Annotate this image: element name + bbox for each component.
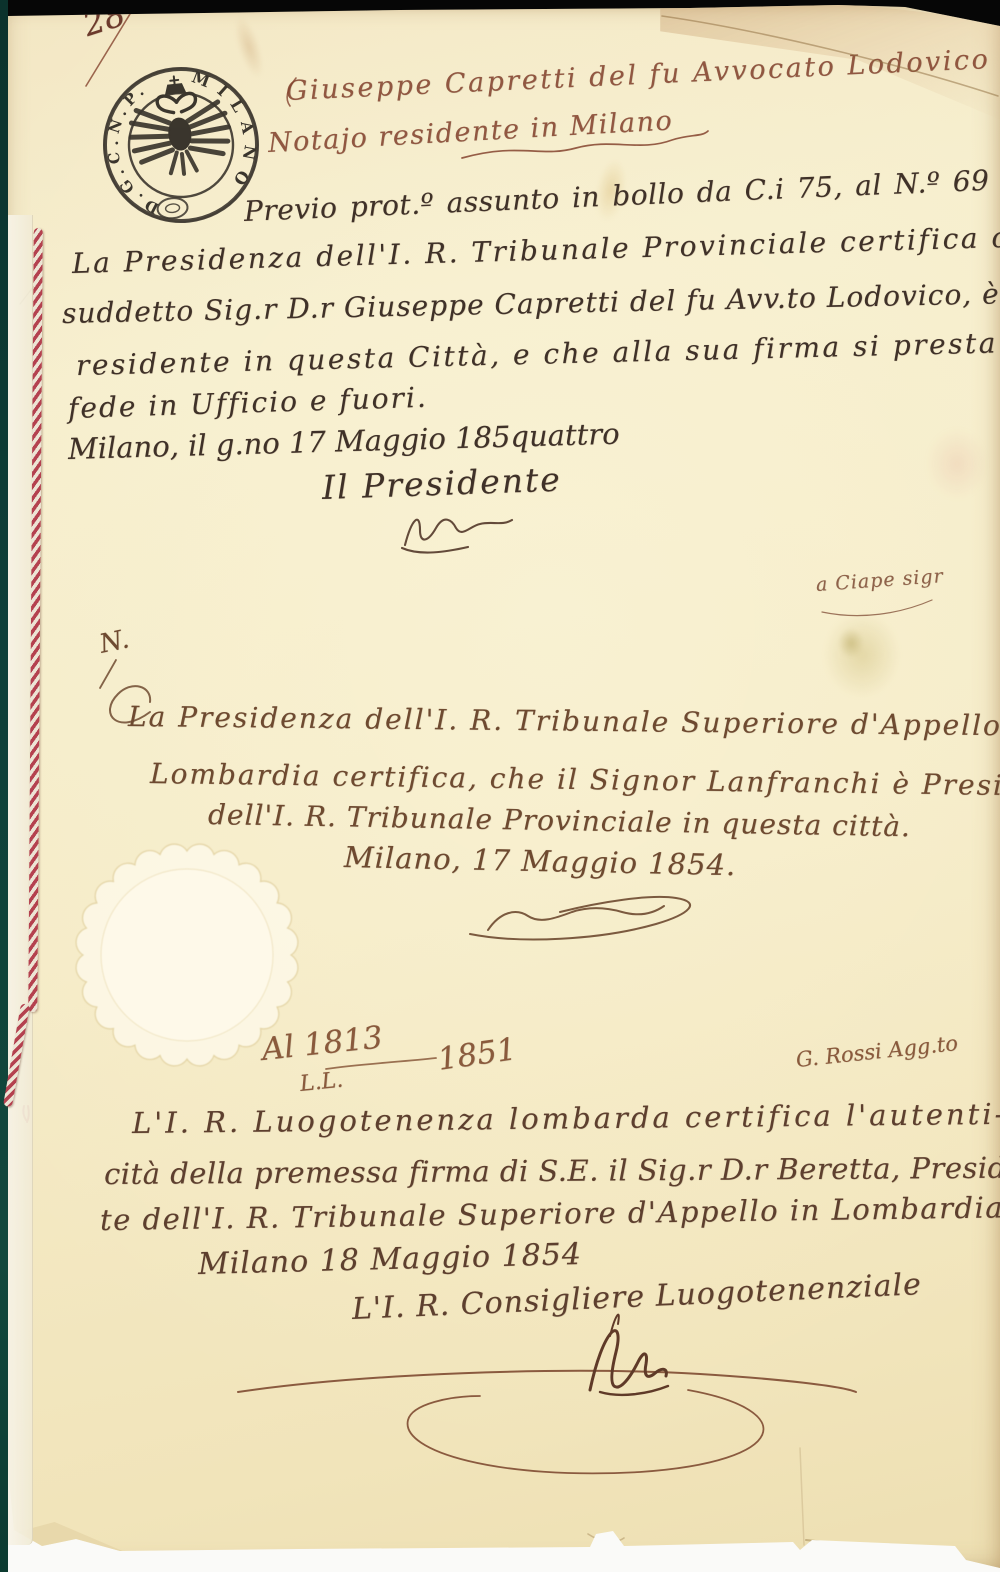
registry-reference-year: 1851 bbox=[435, 1031, 518, 1078]
torn-edge-shadow bbox=[806, 1540, 958, 1552]
certificate1-line-3: suddetto Sig.r D.r Giuseppe Capretti del… bbox=[62, 275, 1000, 330]
section-mark-slash bbox=[100, 660, 116, 688]
stain bbox=[926, 428, 988, 500]
section-mark: N. bbox=[97, 624, 132, 659]
scanner-background-left bbox=[0, 0, 8, 1572]
certificate2-line-1: La Presidenza dell'I. R. Tribunale Super… bbox=[128, 700, 1000, 743]
stain bbox=[838, 628, 864, 658]
paper-sheet: D.G.C.N.P. MILANO bbox=[0, 0, 1000, 1572]
certificate1-line-1: Previo prot.º assunto in bollo da C.i 75… bbox=[243, 157, 1000, 228]
scanned-document: D.G.C.N.P. MILANO bbox=[0, 0, 1000, 1572]
certificate1-line-5: fede in Ufficio e fuori. bbox=[67, 381, 428, 425]
clerk-note: G. Rossi Agg.to bbox=[795, 1031, 959, 1072]
certificate1-line-4: residente in questa Città, e che alla su… bbox=[76, 324, 1000, 382]
certificate2-line-2: Lombardia certifica, che il Signor Lanfr… bbox=[150, 757, 1000, 803]
certificate3-line-2: cità della premessa firma di S.E. il Sig… bbox=[104, 1150, 1000, 1191]
side-note: a Ciape sigr bbox=[815, 565, 944, 596]
beretta-signature bbox=[470, 897, 690, 940]
reference-underline bbox=[326, 1058, 436, 1069]
certificate3-dateline: Milano 18 Maggio 1854 bbox=[198, 1237, 583, 1282]
certificate1-line-2: La Presidenza dell'I. R. Tribunale Provi… bbox=[72, 219, 1000, 280]
annotation-line-1: Giuseppe Capretti del fu Avvocato Lodovi… bbox=[285, 44, 991, 107]
registry-reference-sub: L.L. bbox=[299, 1068, 345, 1097]
certificate3-line-3: te dell'I. R. Tribunale Superiore d'Appe… bbox=[100, 1190, 1000, 1237]
certificate2-dateline: Milano, 17 Maggio 1854. bbox=[344, 840, 737, 882]
stain bbox=[822, 610, 902, 700]
side-note-flourish bbox=[822, 600, 932, 616]
bottom-crease bbox=[800, 1448, 804, 1545]
president-title: Il Presidente bbox=[321, 460, 562, 507]
president-signature bbox=[402, 520, 512, 553]
counsellor-signature bbox=[238, 1315, 856, 1474]
certificate1-dateline: Milano, il g.no 17 Maggio 185quattro bbox=[68, 417, 620, 466]
certificate3-line-1: L'I. R. Luogotenenza lombarda certifica … bbox=[132, 1097, 1000, 1140]
counsellor-title: L'I. R. Consigliere Luogotenenziale bbox=[351, 1267, 922, 1327]
annotation-line-2: Notajo residente in Milano bbox=[267, 105, 674, 159]
torn-edge-notch bbox=[588, 1534, 624, 1541]
